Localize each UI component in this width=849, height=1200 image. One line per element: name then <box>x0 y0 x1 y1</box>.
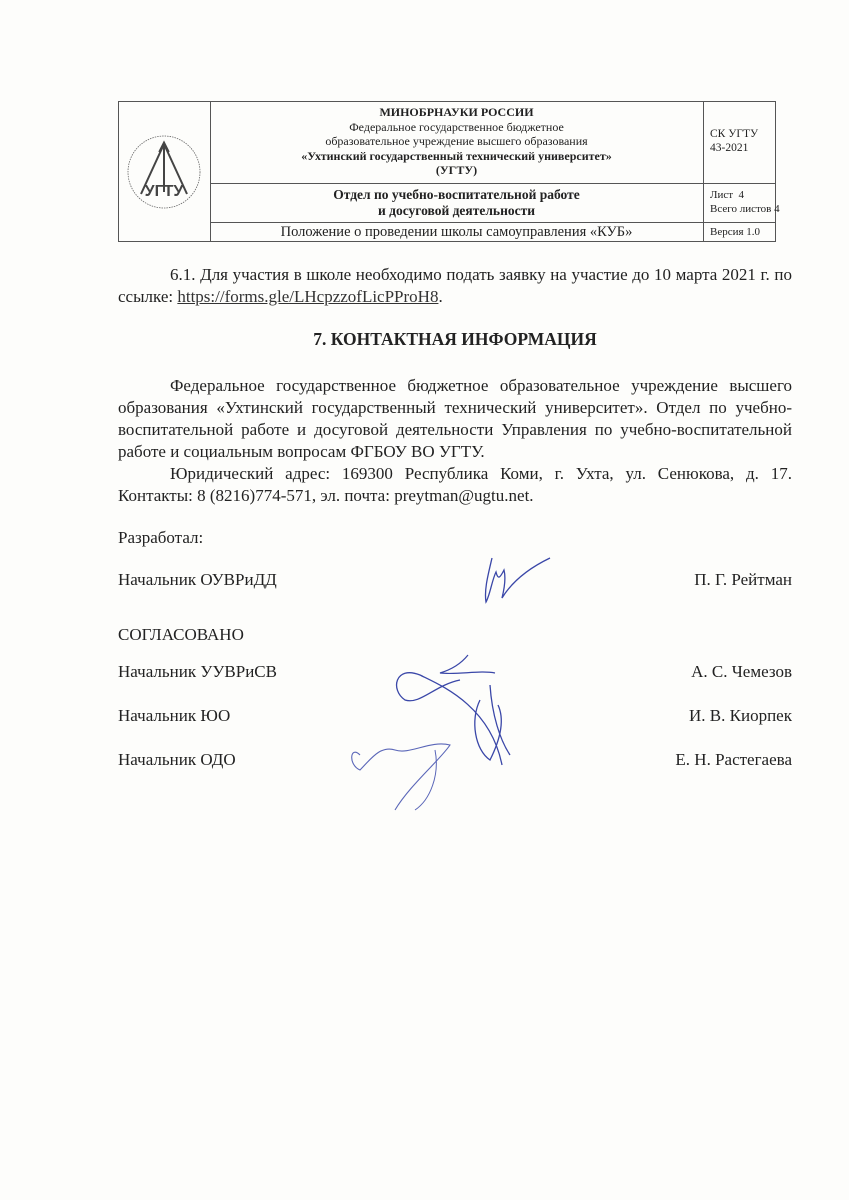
ugtu-emblem-icon: УГТУ <box>119 102 210 241</box>
developer-name: П. Г. Рейтман <box>694 570 792 590</box>
approver-name: И. В. Киорпек <box>689 706 792 726</box>
section-7-title: 7. КОНТАКТНАЯ ИНФОРМАЦИЯ <box>118 329 792 350</box>
developer-row: Начальник ОУВРиДД П. Г. Рейтман <box>118 570 792 592</box>
document-code: СК УГТУ 43-2021 <box>704 102 775 184</box>
approver-name: Е. Н. Растегаева <box>675 750 792 770</box>
contact-paragraph-1: Федеральное государственное бюджетное об… <box>118 375 792 463</box>
code-line-2: 43-2021 <box>710 141 775 155</box>
document-title: Положение о проведении школы самоуправле… <box>210 223 704 241</box>
approver-position: Начальник ОДО <box>118 750 236 770</box>
signature-developer-icon <box>470 550 560 610</box>
registration-form-link[interactable]: https://forms.gle/LHcpzzofLicPProH8 <box>177 287 438 306</box>
developer-position: Начальник ОУВРиДД <box>118 570 277 590</box>
approver-name: А. С. Чемезов <box>691 662 792 682</box>
approved-label: СОГЛАСОВАНО <box>118 625 244 645</box>
approved-label-row: СОГЛАСОВАНО <box>118 625 792 647</box>
signature-approvers-icon <box>340 645 530 815</box>
organization-info: МИНОБРНАУКИ РОССИИ Федеральное государст… <box>210 102 704 184</box>
code-line-1: СК УГТУ <box>710 127 775 141</box>
dept-line-2: и досуговой деятельности <box>210 203 703 219</box>
sheet-number: Лист 4 <box>710 188 775 202</box>
org-line-2: образовательное учреждение высшего образ… <box>210 134 703 149</box>
clause-6-1: 6.1. Для участия в школе необходимо пода… <box>118 264 792 308</box>
org-line-3: «Ухтинский государственный технический у… <box>301 149 612 163</box>
developed-label: Разработал: <box>118 528 203 548</box>
org-short-name: (УГТУ) <box>436 163 477 177</box>
developed-label-row: Разработал: <box>118 528 792 550</box>
org-line-1: Федеральное государственное бюджетное <box>210 120 703 135</box>
contact-paragraph-2: Юридический адрес: 169300 Республика Ком… <box>118 463 792 507</box>
university-logo: УГТУ <box>119 102 211 241</box>
dept-line-1: Отдел по учебно-воспитательной работе <box>210 187 703 203</box>
department-name: Отдел по учебно-воспитательной работе и … <box>210 184 704 223</box>
ministry-name: МИНОБРНАУКИ РОССИИ <box>379 105 533 119</box>
approver-position: Начальник УУВРиСВ <box>118 662 277 682</box>
svg-text:УГТУ: УГТУ <box>145 183 185 200</box>
document-header-table: УГТУ МИНОБРНАУКИ РОССИИ Федеральное госу… <box>118 101 776 242</box>
version: Версия 1.0 <box>704 223 775 241</box>
approver-position: Начальник ЮО <box>118 706 230 726</box>
total-sheets: Всего листов 4 <box>710 202 775 216</box>
sheet-info: Лист 4 Всего листов 4 <box>704 184 775 223</box>
clause-period: . <box>438 287 442 306</box>
